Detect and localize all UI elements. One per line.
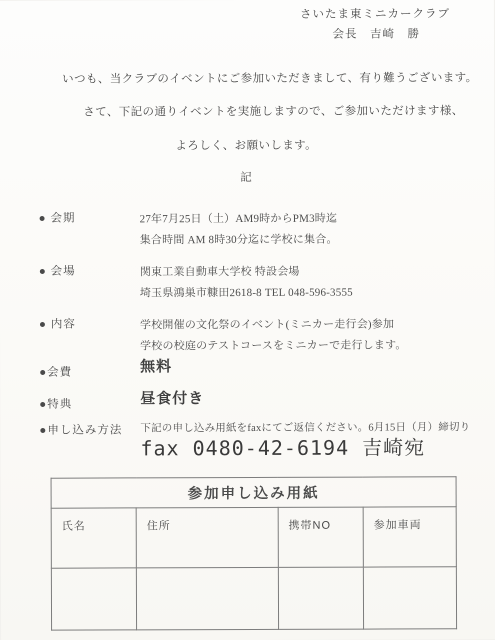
- content-line-2: 学校の校庭のテストコースをミニカーで走行します。: [140, 335, 407, 357]
- venue-line-2: 埼玉県鴻巣市糠田2618-8 TEL 048-596-3555: [140, 283, 353, 305]
- detail-row-application: ●申し込み方法 下記の申し込み用紙をfaxにてご返信ください。6月15日（月）締…: [0, 420, 495, 422]
- form-header-row: 氏名 住所 携帯NO 参加車両: [51, 507, 456, 568]
- detail-row-dates: ● 会期 27年7月25日（土）AM9時からPM3時迄 集合時間 AM 8時30…: [0, 208, 495, 210]
- club-name: さいたま東ミニカークラブ: [300, 4, 450, 25]
- greeting-line-3: よろしく、お願いします。: [175, 137, 317, 153]
- perk-value: 昼食付き: [140, 390, 204, 408]
- sender-block: さいたま東ミニカークラブ 会長 吉崎 勝: [300, 4, 450, 45]
- detail-row-perk: ●特典 昼食付き: [0, 389, 495, 391]
- detail-row-content: ● 内容 学校開催の文化祭のイベント(ミニカー走行会)参加 学校の校庭のテストコ…: [0, 314, 495, 316]
- column-header-name: 氏名: [51, 508, 136, 568]
- venue-line-1: 関東工業自動車大学校 特設会場: [140, 262, 353, 284]
- detail-content-venue: 関東工業自動車大学校 特設会場 埼玉県鴻巣市糠田2618-8 TEL 048-5…: [140, 262, 353, 305]
- form-title-row: 参加申し込み用紙: [51, 477, 456, 508]
- greeting-line-1: いつも、当クラブのイベントにご参加いただきまして、有り難うございます。: [62, 69, 477, 86]
- greeting-line-2: さて、下記の通りイベントを実施しますので、ご参加いただけます様、: [83, 102, 463, 119]
- record-marker: 記: [0, 168, 495, 186]
- application-instruction: 下記の申し込み用紙をfaxにてご返信ください。6月15日（月）締切り: [140, 420, 470, 436]
- dates-line-1: 27年7月25日（土）AM9時からPM3時迄: [140, 209, 338, 231]
- fee-value: 無料: [140, 358, 172, 376]
- detail-label-fee: ●会費: [39, 364, 72, 380]
- detail-label-venue: ● 会場: [39, 263, 76, 279]
- form-blank-cell-name: [51, 568, 136, 630]
- form-blank-cell-vehicle: [363, 567, 456, 629]
- detail-row-venue: ● 会場 関東工業自動車大学校 特設会場 埼玉県鴻巣市糠田2618-8 TEL …: [0, 261, 495, 263]
- application-form-table: 参加申し込み用紙 氏名 住所 携帯NO 参加車両: [51, 476, 458, 630]
- dates-line-2: 集合時間 AM 8時30分迄に学校に集合。: [140, 230, 338, 252]
- column-header-vehicle: 参加車両: [363, 507, 456, 567]
- detail-content-application: 下記の申し込み用紙をfaxにてご返信ください。6月15日（月）締切り fax 0…: [140, 420, 470, 460]
- fax-number-line: fax 0480-42-6194 吉崎宛: [140, 435, 470, 460]
- column-header-address: 住所: [136, 507, 278, 567]
- form-blank-row: [51, 567, 456, 630]
- document-sheet: さいたま東ミニカークラブ 会長 吉崎 勝 いつも、当クラブのイベントにご参加いた…: [0, 0, 495, 640]
- chairman-signature: 会長 吉崎 勝: [300, 24, 450, 45]
- detail-content-dates: 27年7月25日（土）AM9時からPM3時迄 集合時間 AM 8時30分迄に学校…: [140, 209, 338, 252]
- detail-label-perk: ●特典: [39, 396, 72, 412]
- detail-label-content: ● 内容: [39, 316, 76, 332]
- detail-row-fee: ●会費 無料: [0, 357, 495, 359]
- detail-label-dates: ● 会期: [39, 210, 76, 226]
- content-line-1: 学校開催の文化祭のイベント(ミニカー走行会)参加: [140, 314, 407, 336]
- form-blank-cell-address: [136, 567, 278, 629]
- detail-label-application: ●申し込み方法: [39, 421, 122, 437]
- column-header-mobile: 携帯NO: [278, 507, 363, 567]
- form-title: 参加申し込み用紙: [51, 477, 456, 508]
- form-blank-cell-mobile: [278, 567, 363, 629]
- detail-content-content: 学校開催の文化祭のイベント(ミニカー走行会)参加 学校の校庭のテストコースをミニ…: [140, 314, 407, 357]
